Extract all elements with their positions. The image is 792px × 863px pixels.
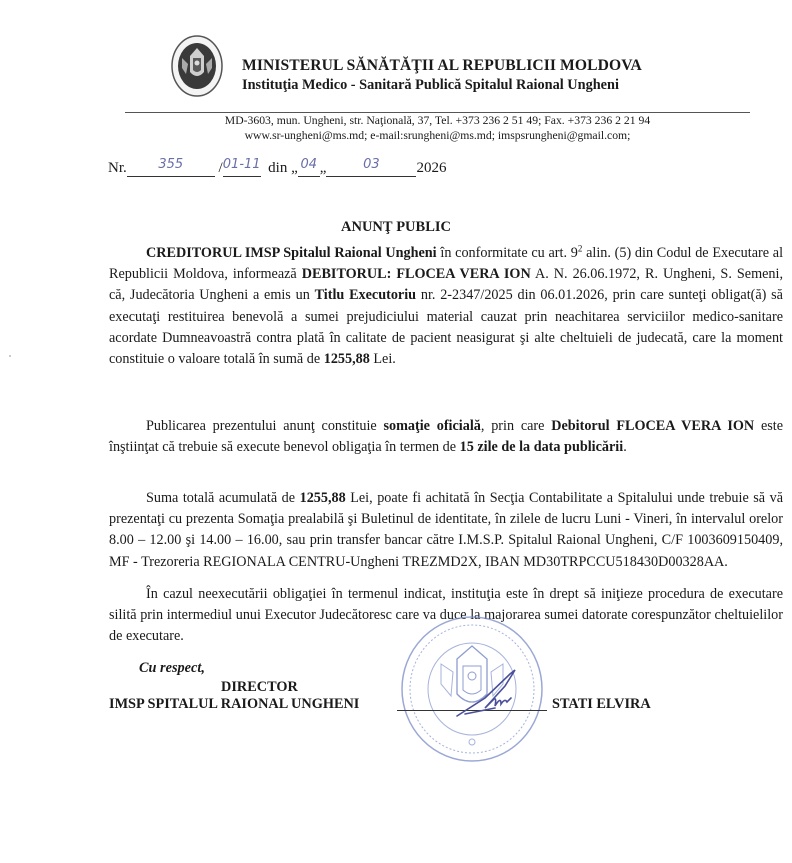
nr-number-field: 355: [127, 160, 215, 177]
signer-position: DIRECTOR: [221, 679, 298, 696]
day-field: 04: [298, 160, 320, 177]
text: , prin care: [481, 418, 551, 434]
closing-salutation: Cu respect,: [139, 660, 205, 677]
debtor-name: DEBITORUL: FLOCEA VERA ION: [302, 266, 531, 282]
document-title: ANUNŢ PUBLIC: [0, 219, 792, 236]
handwritten-signature-icon: [455, 668, 525, 720]
amount: 1255,88: [300, 490, 346, 506]
text: Suma totală acumulată de: [146, 490, 300, 506]
month-field: 03: [326, 160, 416, 177]
reference-number-line: Nr.355 /01-11 din „04„032026: [108, 160, 446, 177]
paragraph-summons: Publicarea prezentului anunţ constituie …: [109, 416, 783, 458]
close-quote: „: [320, 160, 327, 176]
scan-speck: [9, 355, 11, 357]
deadline: 15 zile de la data publicării: [460, 439, 624, 455]
text: Publicarea prezentului anunţ constituie: [146, 418, 383, 434]
official-summons: somaţie oficială: [383, 418, 480, 434]
nr-code-field: 01-11: [223, 160, 261, 177]
text: .: [623, 439, 627, 455]
contact-line: www.sr-ungheni@ms.md; e-mail:srungheni@m…: [125, 129, 750, 142]
text: în conformitate cu art. 9: [437, 245, 578, 261]
paragraph-notice: CREDITORUL IMSP Spitalul Raional Ungheni…: [109, 243, 783, 370]
debtor-name: Debitorul FLOCEA VERA ION: [551, 418, 754, 434]
institution-name: Instituţia Medico - Sanitară Publică Spi…: [242, 77, 619, 94]
coat-of-arms-emblem-icon: [170, 34, 224, 98]
paragraph-payment: Suma totală acumulată de 1255,88 Lei, po…: [109, 488, 783, 573]
amount: 1255,88: [324, 351, 370, 367]
year: 2026: [416, 160, 446, 176]
signer-organization: IMSP SPITALUL RAIONAL UNGHENI: [109, 696, 359, 713]
text: Lei.: [370, 351, 396, 367]
header-divider: [125, 112, 750, 113]
din-label: din: [268, 160, 287, 176]
nr-label: Nr.: [108, 160, 127, 176]
title-executoriu: Titlu Executoriu: [315, 287, 416, 303]
ministry-name: MINISTERUL SĂNĂTĂŢII AL REPUBLICII MOLDO…: [242, 57, 642, 75]
open-quote: „: [291, 160, 298, 176]
address-line: MD-3603, mun. Ungheni, str. Naţională, 3…: [125, 114, 750, 127]
creditor-name: CREDITORUL IMSP Spitalul Raional Ungheni: [146, 245, 437, 261]
signer-name: STATI ELVIRA: [552, 696, 651, 713]
